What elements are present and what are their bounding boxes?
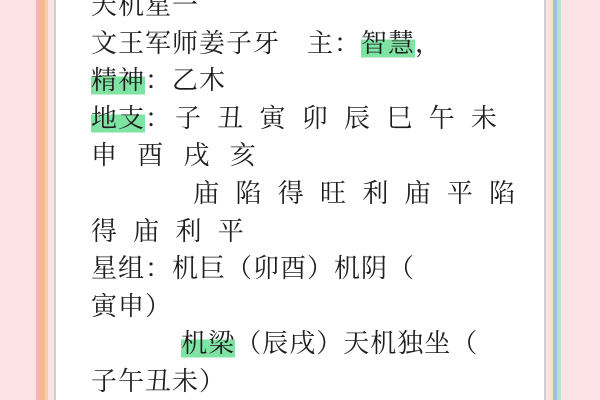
line-text: 申 酉 戌 亥: [91, 141, 262, 171]
text-line-spirit: 精神：乙木: [91, 63, 519, 101]
line-text: 庙 陷 得 旺 利 庙 平 陷: [91, 179, 519, 209]
text-line-groups: 星组：机巨（卯酉）机阴（: [91, 251, 519, 289]
line-text: ：乙木: [145, 66, 226, 96]
text-line-branches: 地支：子 丑 寅 卯 辰 巳 午 未: [91, 101, 519, 139]
text-line-groups-cont: 寅申）: [91, 289, 519, 327]
line-text: 寅申）: [91, 292, 172, 322]
text-line-master: 文王军师姜子牙 主：智慧，: [91, 26, 519, 64]
text-line-brightness: 庙 陷 得 旺 利 庙 平 陷: [91, 176, 519, 214]
line-text: ，: [415, 29, 442, 59]
text-line-jiliang-cont: 子午丑未）: [91, 364, 519, 400]
line-text: ：子 丑 寅 卯 辰 巳 午 未: [145, 104, 501, 134]
line-text: 天机星一: [91, 0, 199, 21]
right-stripe-green: [557, 0, 561, 400]
highlighted-text: 智慧: [361, 29, 415, 59]
text-line-branches-cont: 申 酉 戌 亥: [91, 138, 519, 176]
line-text: 得 庙 利 平: [91, 217, 248, 247]
line-text: 子午丑未）: [91, 367, 226, 397]
line-text: 文王军师姜子牙 主：: [91, 29, 361, 59]
line-text: 星组：机巨（卯酉）机阴（: [91, 254, 415, 284]
text-line-jiliang: 机梁（辰戌）天机独坐（: [91, 326, 519, 364]
line-text: [91, 329, 181, 359]
text-line-brightness-cont: 得 庙 利 平: [91, 214, 519, 252]
highlighted-text: 机梁: [181, 329, 235, 359]
document-text: 天机星一 文王军师姜子牙 主：智慧， 精神：乙木 地支：子 丑 寅 卯 辰 巳 …: [91, 0, 519, 400]
line-text: （辰戌）天机独坐（: [235, 329, 478, 359]
highlighted-text: 精神: [91, 66, 145, 96]
highlighted-text: 地支: [91, 104, 145, 134]
text-line-title: 天机星一: [91, 0, 519, 26]
left-stripe-peach: [45, 0, 48, 400]
